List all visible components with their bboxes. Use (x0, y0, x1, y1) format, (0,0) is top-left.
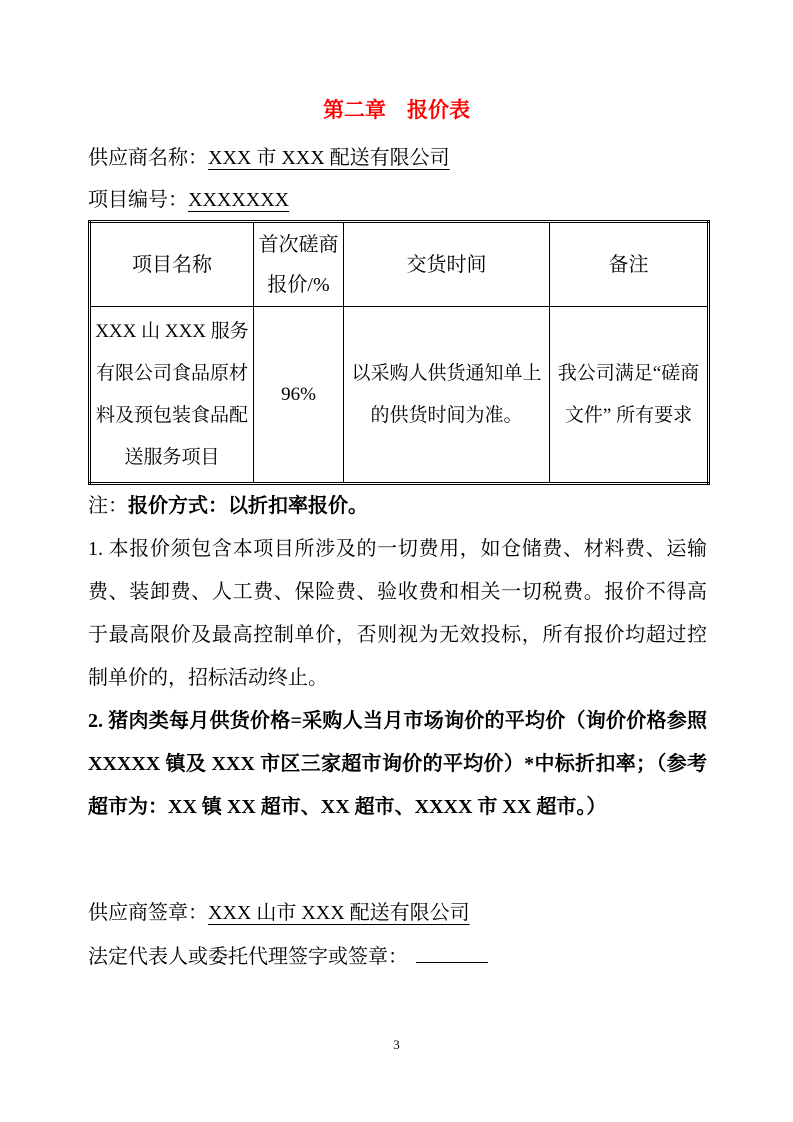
header-project-name: 项目名称 (90, 222, 254, 307)
cell-first-quote-percent: 96% (254, 307, 344, 484)
legal-rep-label: 法定代表人或委托代理签字或签章： (88, 946, 408, 968)
document-page: 第二章 报价表 供应商名称：XXX 市 XXX 配送有限公司 项目编号：XXXX… (0, 0, 793, 1122)
page-number: 3 (0, 1036, 793, 1054)
legal-rep-signature-blank (416, 942, 488, 963)
supplier-name-row: 供应商名称：XXX 市 XXX 配送有限公司 (88, 145, 707, 171)
legal-rep-row: 法定代表人或委托代理签字或签章： (88, 935, 707, 979)
notes-section: 注：报价方式：以折扣率报价。 1. 本报价须包含本项目所涉及的一切费用，如仓储费… (88, 485, 707, 829)
supplier-seal-value: XXX 山市 XXX 配送有限公司 (208, 902, 470, 924)
supplier-seal-row: 供应商签章：XXX 山市 XXX 配送有限公司 (88, 891, 707, 935)
supplier-seal-label: 供应商签章： (88, 902, 208, 924)
project-number-value: XXXXXXX (188, 189, 289, 211)
cell-delivery-time: 以采购人供货通知单上的供货时间为准。 (344, 307, 550, 484)
cell-remark: 我公司满足“磋商文件” 所有要求 (550, 307, 709, 484)
note-item-2: 2. 猪肉类每月供货价格=采购人当月市场询价的平均价（询价价格参照 XXXXX … (88, 700, 707, 829)
note-label: 注： (88, 495, 128, 517)
quote-table-header-row: 项目名称 首次磋商报价/% 交货时间 备注 (90, 222, 709, 307)
project-number-row: 项目编号：XXXXXXX (88, 187, 707, 213)
quote-table: 项目名称 首次磋商报价/% 交货时间 备注 XXX 山 XXX 服务有限公司食品… (88, 220, 710, 485)
project-number-label: 项目编号： (88, 189, 188, 211)
chapter-title: 第二章 报价表 (0, 0, 793, 123)
header-first-quote: 首次磋商报价/% (254, 222, 344, 307)
header-remark: 备注 (550, 222, 709, 307)
cell-project-name: XXX 山 XXX 服务有限公司食品原材料及预包装食品配送服务项目 (90, 307, 254, 484)
note-item-1: 1. 本报价须包含本项目所涉及的一切费用，如仓储费、材料费、运输费、装卸费、人工… (88, 528, 707, 700)
note-heading: 注：报价方式：以折扣率报价。 (88, 485, 707, 528)
supplier-name-value: XXX 市 XXX 配送有限公司 (208, 147, 450, 169)
signature-section: 供应商签章：XXX 山市 XXX 配送有限公司 法定代表人或委托代理签字或签章： (88, 891, 707, 979)
supplier-name-label: 供应商名称： (88, 147, 208, 169)
note-pricing-method: 报价方式：以折扣率报价。 (128, 495, 368, 517)
quote-table-data-row: XXX 山 XXX 服务有限公司食品原材料及预包装食品配送服务项目 96% 以采… (90, 307, 709, 484)
header-delivery-time: 交货时间 (344, 222, 550, 307)
